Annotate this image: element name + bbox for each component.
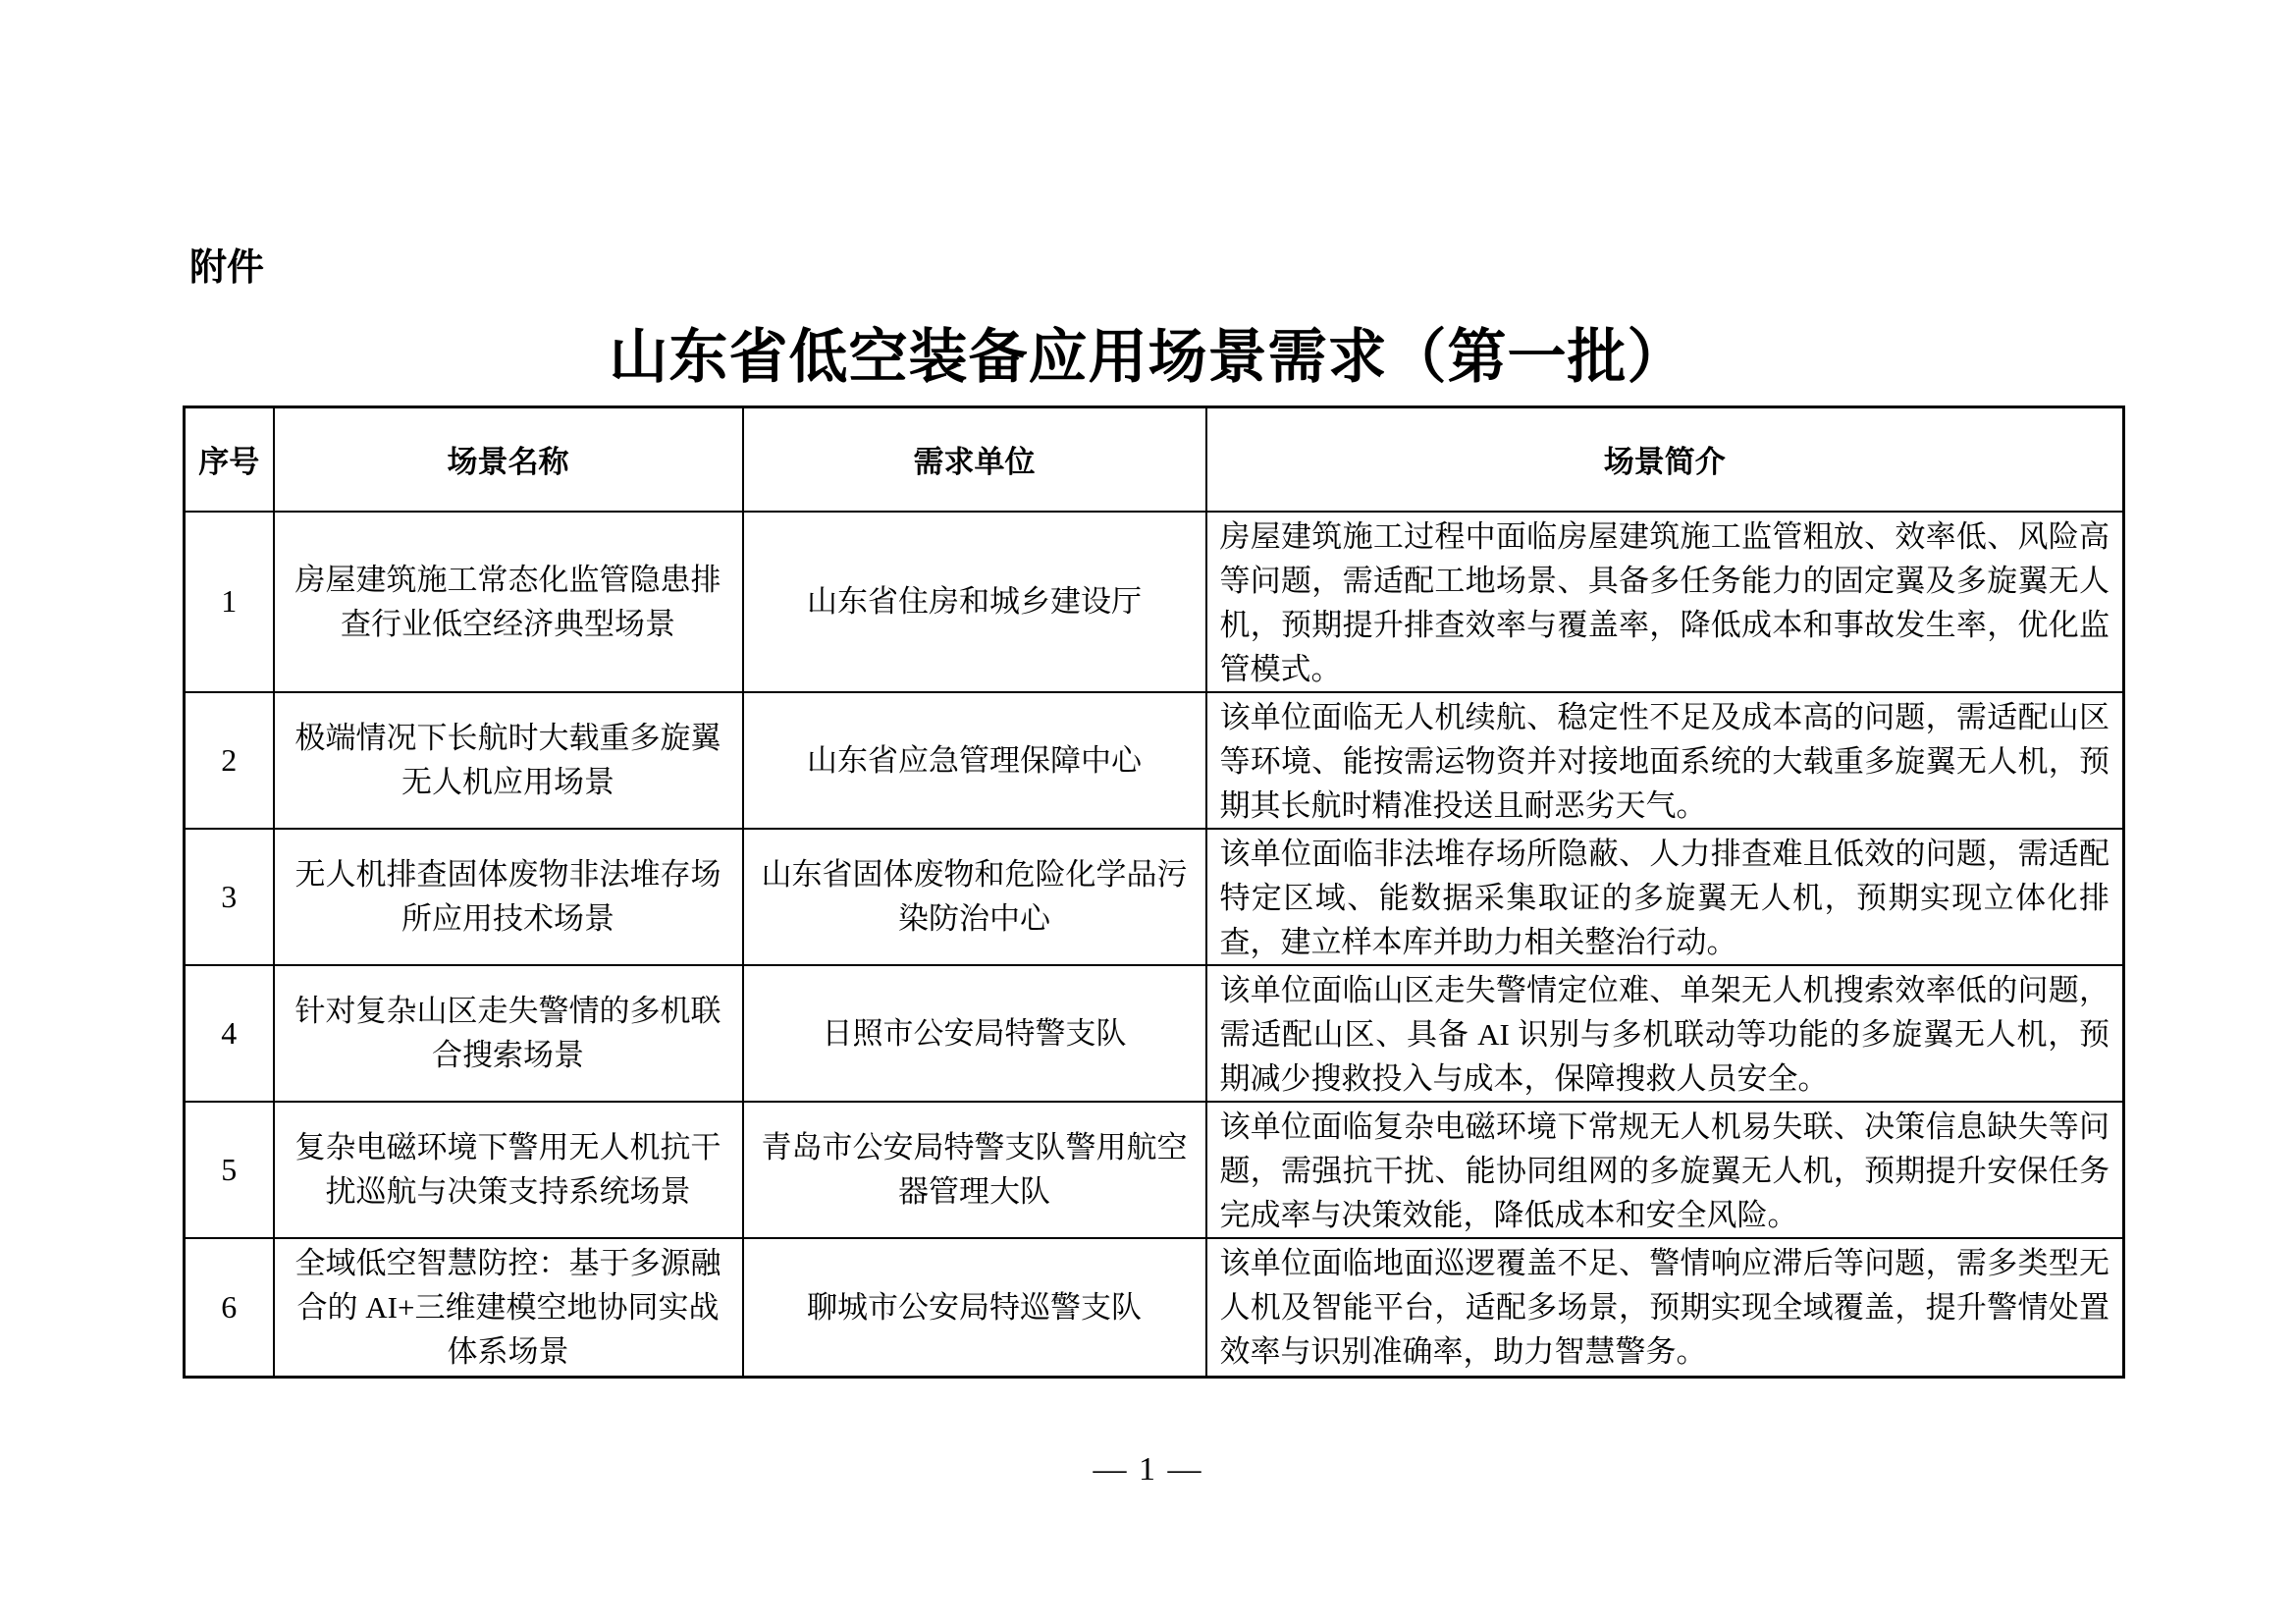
col-header-scenario-intro: 场景简介 <box>1206 407 2124 512</box>
row-index: 2 <box>185 692 274 829</box>
demand-unit: 青岛市公安局特警支队警用航空器管理大队 <box>743 1102 1206 1238</box>
scenario-intro: 该单位面临无人机续航、稳定性不足及成本高的问题，需适配山区等环境、能按需运物资并… <box>1206 692 2124 829</box>
scenario-intro: 该单位面临山区走失警情定位难、单架无人机搜索效率低的问题，需适配山区、具备 AI… <box>1206 965 2124 1102</box>
scenario-intro: 该单位面临地面巡逻覆盖不足、警情响应滞后等问题，需多类型无人机及智能平台，适配多… <box>1206 1238 2124 1378</box>
row-index: 4 <box>185 965 274 1102</box>
row-index: 3 <box>185 829 274 965</box>
table-row: 2 极端情况下长航时大载重多旋翼无人机应用场景 山东省应急管理保障中心 该单位面… <box>185 692 2124 829</box>
table-header-row: 序号 场景名称 需求单位 场景简介 <box>185 407 2124 512</box>
scenario-intro: 该单位面临非法堆存场所隐蔽、人力排查难且低效的问题，需适配特定区域、能数据采集取… <box>1206 829 2124 965</box>
col-header-scenario-name: 场景名称 <box>274 407 743 512</box>
scenario-intro: 房屋建筑施工过程中面临房屋建筑施工监管粗放、效率低、风险高等问题，需适配工地场景… <box>1206 512 2124 692</box>
page-title: 山东省低空装备应用场景需求（第一批） <box>0 322 2296 393</box>
scenario-intro: 该单位面临复杂电磁环境下常规无人机易失联、决策信息缺失等问题，需强抗干扰、能协同… <box>1206 1102 2124 1238</box>
table-row: 6 全域低空智慧防控：基于多源融合的 AI+三维建模空地协同实战体系场景 聊城市… <box>185 1238 2124 1378</box>
scenario-name: 针对复杂山区走失警情的多机联合搜索场景 <box>274 965 743 1102</box>
table-row: 3 无人机排查固体废物非法堆存场所应用技术场景 山东省固体废物和危险化学品污染防… <box>185 829 2124 965</box>
table-row: 1 房屋建筑施工常态化监管隐患排查行业低空经济典型场景 山东省住房和城乡建设厅 … <box>185 512 2124 692</box>
demand-unit: 日照市公安局特警支队 <box>743 965 1206 1102</box>
scenario-name: 复杂电磁环境下警用无人机抗干扰巡航与决策支持系统场景 <box>274 1102 743 1238</box>
col-header-demand-unit: 需求单位 <box>743 407 1206 512</box>
row-index: 1 <box>185 512 274 692</box>
row-index: 6 <box>185 1238 274 1378</box>
page-number: — 1 — <box>0 1451 2296 1489</box>
demand-unit: 山东省应急管理保障中心 <box>743 692 1206 829</box>
table-row: 4 针对复杂山区走失警情的多机联合搜索场景 日照市公安局特警支队 该单位面临山区… <box>185 965 2124 1102</box>
scenario-name: 房屋建筑施工常态化监管隐患排查行业低空经济典型场景 <box>274 512 743 692</box>
scenario-name: 全域低空智慧防控：基于多源融合的 AI+三维建模空地协同实战体系场景 <box>274 1238 743 1378</box>
row-index: 5 <box>185 1102 274 1238</box>
demand-unit: 山东省住房和城乡建设厅 <box>743 512 1206 692</box>
col-header-index: 序号 <box>185 407 274 512</box>
table-row: 5 复杂电磁环境下警用无人机抗干扰巡航与决策支持系统场景 青岛市公安局特警支队警… <box>185 1102 2124 1238</box>
demand-unit: 山东省固体废物和危险化学品污染防治中心 <box>743 829 1206 965</box>
document-page: 附件 山东省低空装备应用场景需求（第一批） 序号 场景名称 需求单位 场景简介 … <box>0 0 2296 1624</box>
scenario-requirements-table: 序号 场景名称 需求单位 场景简介 1 房屋建筑施工常态化监管隐患排查行业低空经… <box>183 406 2125 1379</box>
attachment-label: 附件 <box>189 245 264 291</box>
demand-unit: 聊城市公安局特巡警支队 <box>743 1238 1206 1378</box>
scenario-name: 极端情况下长航时大载重多旋翼无人机应用场景 <box>274 692 743 829</box>
scenario-name: 无人机排查固体废物非法堆存场所应用技术场景 <box>274 829 743 965</box>
